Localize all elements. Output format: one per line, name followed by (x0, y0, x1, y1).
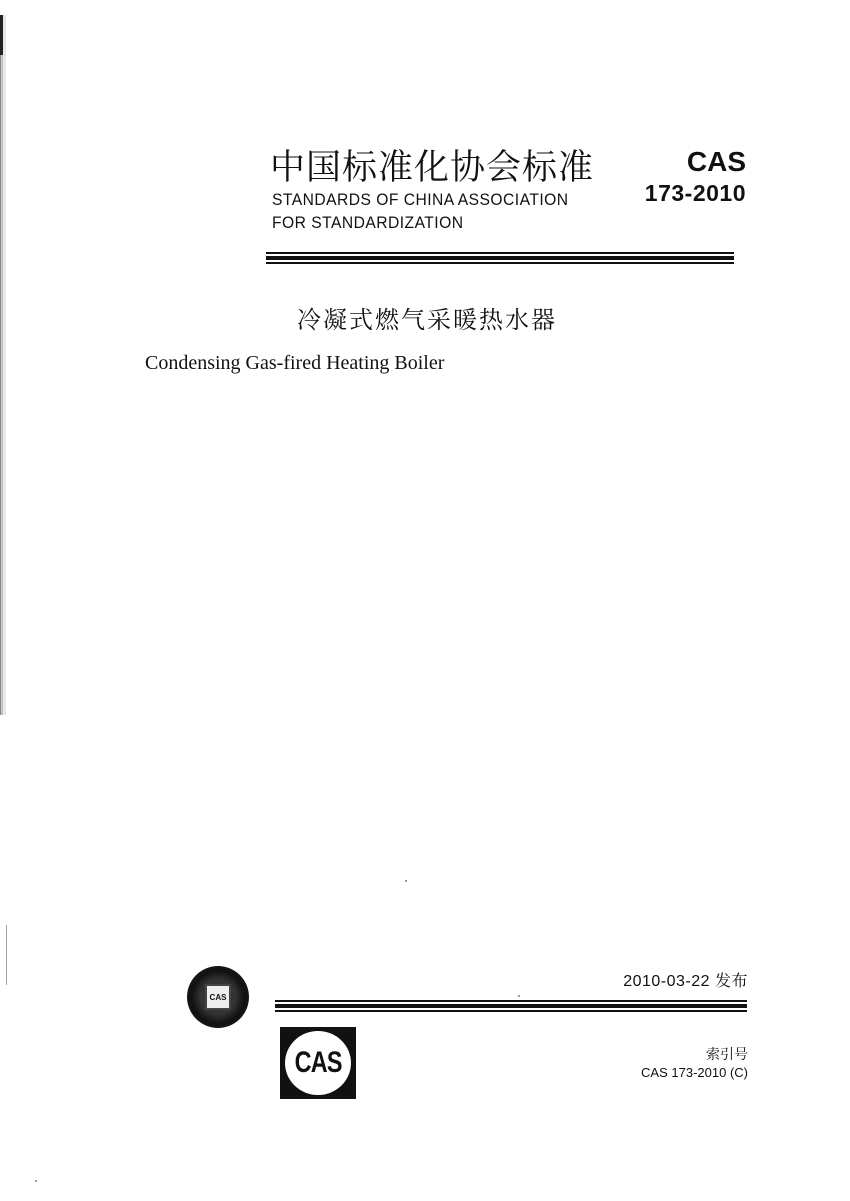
index-value: CAS 173-2010 (C) (641, 1064, 748, 1082)
document-title-en: Condensing Gas-fired Heating Boiler (0, 352, 850, 375)
scanned-page-edge-mark (0, 15, 3, 55)
cas-logo-text: CAS (294, 1046, 341, 1080)
organization-name-en-line2: FOR STANDARDIZATION (272, 211, 569, 234)
index-number-block: 索引号 CAS 173-2010 (C) (641, 1046, 748, 1082)
issue-date: 2010-03-22 发布 (623, 968, 748, 991)
organization-name-en: STANDARDS OF CHINA ASSOCIATION FOR STAND… (272, 188, 569, 234)
standard-code: CAS 173-2010 (645, 145, 746, 207)
organization-name-cn: 中国标准化协会标准 (270, 140, 594, 190)
scanned-page-edge-lower (6, 925, 10, 985)
standard-number: 173-2010 (645, 179, 746, 207)
cas-logo-icon: CAS (280, 1027, 356, 1099)
index-label: 索引号 (641, 1046, 748, 1064)
scan-speck (35, 1180, 37, 1182)
header-divider (266, 252, 734, 266)
scan-speck (405, 880, 407, 882)
organization-name-en-line1: STANDARDS OF CHINA ASSOCIATION (272, 188, 569, 211)
footer-divider (275, 1000, 747, 1014)
document-title-cn: 冷凝式燃气采暖热水器 (0, 300, 850, 335)
standard-prefix: CAS (645, 145, 746, 179)
seal-text: CAS (205, 984, 231, 1010)
association-seal-icon: CAS (187, 966, 249, 1028)
scan-speck (518, 995, 520, 997)
